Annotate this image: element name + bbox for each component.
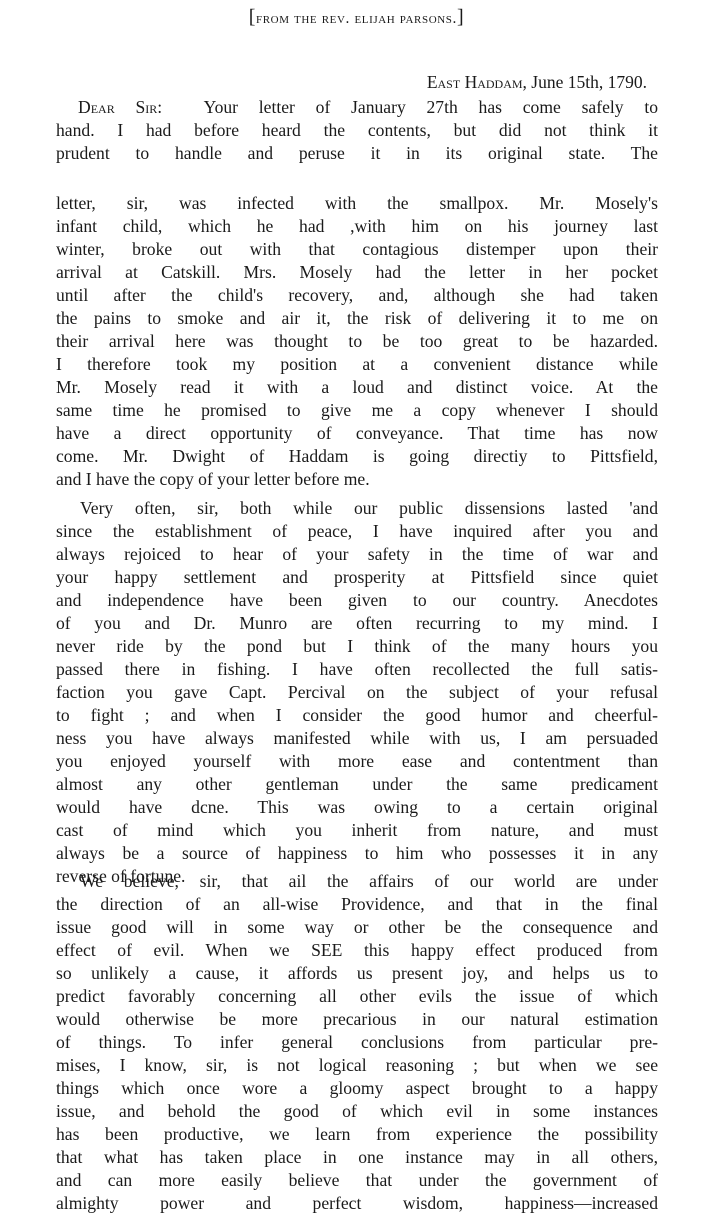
heading-open-bracket: [ [249,6,256,28]
paragraph-1-line-15: come. Mr. Dwight of Haddam is going dire… [56,445,658,468]
paragraph-2-line-16: always be a source of happiness to him w… [56,842,658,865]
paragraph-3-line-2: the direction of an all-wise Providence,… [56,893,658,916]
paragraph-1-line-10: their arrival here was thought to be too… [56,330,658,353]
paragraph-3-line-1: We believe, sir, that ail the affairs of… [80,870,658,893]
paragraph-2-line-2: since the establishment of peace, I have… [56,520,658,543]
dateline: East Haddam, June 15th, 1790. [427,72,647,93]
paragraph-2-line-13: almost any other gentleman under the sam… [56,773,658,796]
paragraph-3-line-3: issue good will in some way or other be … [56,916,658,939]
paragraph-2-line-6: of you and Dr. Munro are often recurring… [56,612,658,635]
heading-text: from the rev. elijah parsons. [256,10,457,27]
paragraph-3-line-13: that what has taken place in one instanc… [56,1146,658,1169]
heading-close-bracket: ] [457,6,464,28]
paragraph-2-line-14: would have dcne. This was owing to a cer… [56,796,658,819]
paragraph-1-line-4: letter, sir, was infected with the small… [56,192,658,215]
paragraph-3-line-5: so unlikely a cause, it affords us prese… [56,962,658,985]
paragraph-2-line-4: your happy settlement and prosperity at … [56,566,658,589]
paragraph-2-line-7: never ride by the pond but I think of th… [56,635,658,658]
paragraph-3-line-10: things which once wore a gloomy aspect b… [56,1077,658,1100]
dateline-date: , June 15th, 1790. [523,72,647,92]
paragraph-1-line-1: Dear Sir: Your letter of January 27th ha… [78,96,658,119]
paragraph-3-line-4: effect of evil. When we SEE this happy e… [56,939,658,962]
paragraph-3-line-6: predict favorably concerning all other e… [56,985,658,1008]
paragraph-3-line-7: would otherwise be more precarious in ou… [56,1008,658,1031]
paragraph-3-line-11: issue, and behold the good of which evil… [56,1100,658,1123]
paragraph-1-line-7: arrival at Catskill. Mrs. Mosely had the… [56,261,658,284]
paragraph-1-line-6: winter, broke out with that contagious d… [56,238,658,261]
paragraph-3-line-14: and can more easily believe that under t… [56,1169,658,1192]
letter-heading: [from the rev. elijah parsons.] [0,6,713,29]
paragraph-2-line-10: to fight ; and when I consider the good … [56,704,658,727]
paragraph-1-line-14: have a direct opportunity of conveyance.… [56,422,658,445]
paragraph-2-line-15: cast of mind which you inherit from natu… [56,819,658,842]
paragraph-3-line-8: of things. To infer general conclusions … [56,1031,658,1054]
paragraph-2-line-5: and independence have been given to our … [56,589,658,612]
paragraph-1-line-13: same time he promised to give me a copy … [56,399,658,422]
paragraph-2-line-12: you enjoyed yourself with more ease and … [56,750,658,773]
paragraph-1-line-11: I therefore took my position at a conven… [56,353,658,376]
paragraph-2-line-9: faction you gave Capt. Percival on the s… [56,681,658,704]
document-page: [from the rev. elijah parsons.] East Had… [0,0,713,1221]
paragraph-2-line-3: always rejoiced to hear of your safety i… [56,543,658,566]
dateline-place: East Haddam [427,72,523,92]
paragraph-2-line-11: ness you have always manifested while wi… [56,727,658,750]
paragraph-2-line-8: passed there in fishing. I have often re… [56,658,658,681]
paragraph-1-line-16: and I have the copy of your letter befor… [56,468,658,491]
paragraph-3-line-9: mises, I know, sir, is not logical reaso… [56,1054,658,1077]
paragraph-1-line-9: the pains to smoke and air it, the risk … [56,307,658,330]
salutation: Dear Sir: [78,97,162,117]
paragraph-2-line-1: Very often, sir, both while our public d… [80,497,658,520]
paragraph-1-line-5: infant child, which he had ,with him on … [56,215,658,238]
paragraph-3-line-15: almighty power and perfect wisdom, happi… [56,1192,658,1215]
paragraph-1-line-8: until after the child's recovery, and, a… [56,284,658,307]
paragraph-1-line-3: prudent to handle and peruse it in its o… [56,142,658,165]
paragraph-3-line-12: has been productive, we learn from exper… [56,1123,658,1146]
paragraph-1-line-2: hand. I had before heard the contents, b… [56,119,658,142]
paragraph-1-line-12: Mr. Mosely read it with a loud and disti… [56,376,658,399]
